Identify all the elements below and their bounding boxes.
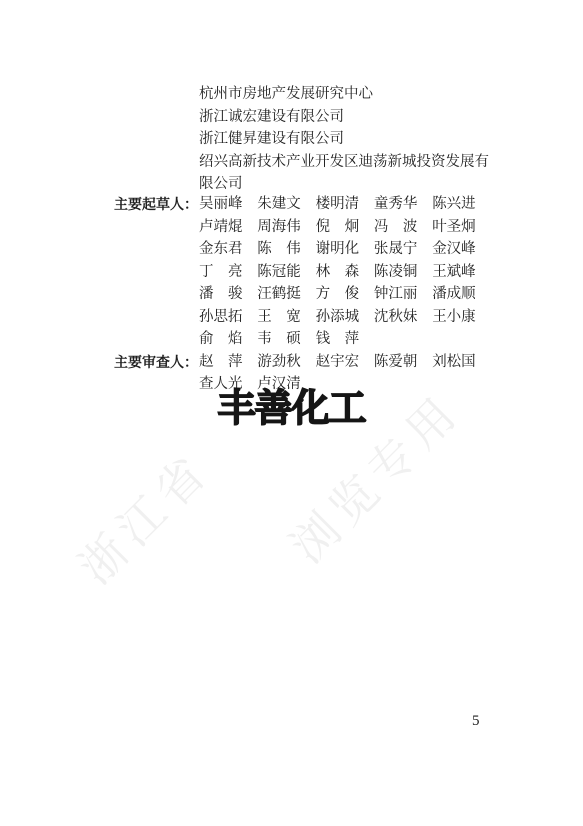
drafters-section: 主要起草人： 吴丽峰朱建文楼明清童秀华陈兴进卢靖焜周海伟倪 炯冯 波叶圣炯金东君…	[114, 193, 490, 351]
person-name: 陈凌铜	[374, 261, 432, 284]
person-name: 吴丽峰	[199, 193, 257, 216]
person-name: 孙添城	[316, 306, 374, 329]
person-name: 赵 萍	[199, 351, 257, 374]
drafters-label: 主要起草人：	[114, 193, 199, 216]
person-name: 叶圣炯	[432, 216, 490, 239]
person-name: 潘成顺	[432, 283, 490, 306]
person-name: 钟江丽	[374, 283, 432, 306]
person-name: 丁 亮	[199, 261, 257, 284]
person-name: 金汉峰	[432, 238, 490, 261]
drafters-name-grid: 吴丽峰朱建文楼明清童秀华陈兴进卢靖焜周海伟倪 炯冯 波叶圣炯金东君陈 伟谢明化张…	[199, 193, 490, 351]
drafting-organization-list: 杭州市房地产发展研究中心浙江诚宏建设有限公司浙江健昇建设有限公司绍兴高新技术产业…	[199, 83, 496, 196]
person-name: 周海伟	[257, 216, 315, 239]
person-name: 王 宽	[257, 306, 315, 329]
person-name: 金东君	[199, 238, 257, 261]
person-name: 游劲秋	[257, 351, 315, 374]
person-name: 朱建文	[257, 193, 315, 216]
person-name: 谢明化	[316, 238, 374, 261]
person-name: 冯 波	[374, 216, 432, 239]
person-name: 潘 骏	[199, 283, 257, 306]
person-name: 韦 硕	[257, 328, 315, 351]
name-row: 孙思拓王 宽孙添城沈秋妹王小康	[199, 306, 490, 329]
company-stamp-text: 丰善化工	[0, 388, 583, 430]
person-name: 童秀华	[374, 193, 432, 216]
name-row: 吴丽峰朱建文楼明清童秀华陈兴进	[199, 193, 490, 216]
person-name: 刘松国	[432, 351, 490, 374]
person-name: 俞 焰	[199, 328, 257, 351]
person-name: 陈冠能	[257, 261, 315, 284]
page-number: 5	[472, 713, 480, 730]
organization-name: 杭州市房地产发展研究中心	[199, 83, 496, 106]
person-name: 倪 炯	[316, 216, 374, 239]
name-row: 卢靖焜周海伟倪 炯冯 波叶圣炯	[199, 216, 490, 239]
organization-name: 浙江健昇建设有限公司	[199, 128, 496, 151]
person-name: 汪鹤挺	[257, 283, 315, 306]
organization-name: 浙江诚宏建设有限公司	[199, 106, 496, 129]
name-row: 俞 焰韦 硕钱 萍	[199, 328, 490, 351]
person-name: 陈兴进	[432, 193, 490, 216]
organization-name: 绍兴高新技术产业开发区迪荡新城投资发展有限公司	[199, 151, 496, 196]
document-page: 浙江省 浏览专用 杭州市房地产发展研究中心浙江诚宏建设有限公司浙江健昇建设有限公…	[0, 0, 583, 826]
name-row: 赵 萍游劲秋赵宇宏陈爱朝刘松国	[199, 351, 490, 374]
person-name: 赵宇宏	[316, 351, 374, 374]
person-name: 钱 萍	[316, 328, 374, 351]
person-name: 张晟宁	[374, 238, 432, 261]
person-name: 林 森	[316, 261, 374, 284]
name-row: 潘 骏汪鹤挺方 俊钟江丽潘成顺	[199, 283, 490, 306]
name-row: 金东君陈 伟谢明化张晟宁金汉峰	[199, 238, 490, 261]
person-name: 方 俊	[316, 283, 374, 306]
person-name: 陈爱朝	[374, 351, 432, 374]
name-row: 丁 亮陈冠能林 森陈凌铜王斌峰	[199, 261, 490, 284]
person-name: 楼明清	[316, 193, 374, 216]
person-name: 沈秋妹	[374, 306, 432, 329]
person-name: 孙思拓	[199, 306, 257, 329]
person-name: 王斌峰	[432, 261, 490, 284]
person-name: 卢靖焜	[199, 216, 257, 239]
person-name: 陈 伟	[257, 238, 315, 261]
page-content: 杭州市房地产发展研究中心浙江诚宏建设有限公司浙江健昇建设有限公司绍兴高新技术产业…	[0, 0, 583, 826]
person-name: 王小康	[432, 306, 490, 329]
reviewers-label: 主要审查人：	[114, 351, 199, 374]
